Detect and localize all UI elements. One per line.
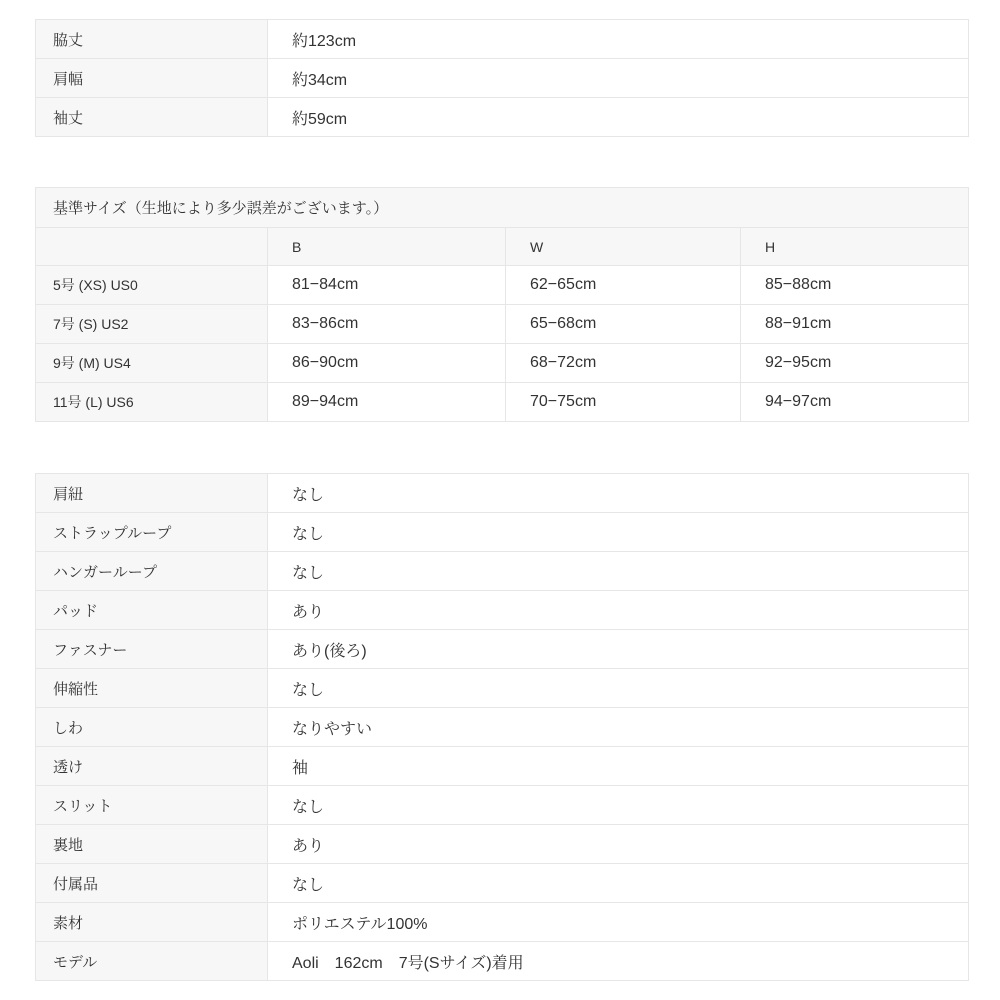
size-value-hip: 88−91cm [741,305,969,344]
row-label: ファスナー [36,630,268,669]
size-row: 7号 (S) US2 83−86cm 65−68cm 88−91cm [36,305,969,344]
row-value: ポリエステル100% [268,903,969,942]
row-value: Aoli 162cm 7号(Sサイズ)着用 [268,942,969,981]
row-label: スリット [36,786,268,825]
size-table-header-row: B W H [36,228,969,266]
row-value: 袖 [268,747,969,786]
row-label: 裏地 [36,825,268,864]
table-row: 付属品 なし [36,864,969,903]
size-table: 基準サイズ（生地により多少誤差がございます。） B W H 5号 (XS) US… [35,187,969,422]
row-label: 付属品 [36,864,268,903]
row-value: なし [268,552,969,591]
column-header-blank [36,228,268,266]
size-value-hip: 94−97cm [741,383,969,422]
size-value-hip: 85−88cm [741,266,969,305]
row-label: 素材 [36,903,268,942]
column-header-hip: H [741,228,969,266]
size-row-label: 7号 (S) US2 [36,305,268,344]
table-row: 素材 ポリエステル100% [36,903,969,942]
row-value: あり [268,825,969,864]
size-row: 5号 (XS) US0 81−84cm 62−65cm 85−88cm [36,266,969,305]
row-value: 約123cm [268,20,969,59]
row-value: なし [268,474,969,513]
row-label: ハンガーループ [36,552,268,591]
size-value-waist: 62−65cm [506,266,741,305]
column-header-bust: B [268,228,506,266]
row-label: 伸縮性 [36,669,268,708]
row-value: なし [268,864,969,903]
row-value: 約59cm [268,98,969,137]
table-row: ファスナー あり(後ろ) [36,630,969,669]
table-row: ストラップループ なし [36,513,969,552]
table-row: スリット なし [36,786,969,825]
detail-table: 肩紐 なし ストラップループ なし ハンガーループ なし パッド あり ファスナ… [35,473,969,981]
table-row: パッド あり [36,591,969,630]
row-label: ストラップループ [36,513,268,552]
table-row: 肩幅 約34cm [36,59,969,98]
size-row-label: 5号 (XS) US0 [36,266,268,305]
size-value-waist: 70−75cm [506,383,741,422]
row-value: なし [268,786,969,825]
row-value: 約34cm [268,59,969,98]
row-value: なりやすい [268,708,969,747]
row-value: あり(後ろ) [268,630,969,669]
row-value: あり [268,591,969,630]
table-row: 袖丈 約59cm [36,98,969,137]
size-value-hip: 92−95cm [741,344,969,383]
table-row: 裏地 あり [36,825,969,864]
size-table-title: 基準サイズ（生地により多少誤差がございます。） [36,188,969,228]
row-label: 透け [36,747,268,786]
size-row: 9号 (M) US4 86−90cm 68−72cm 92−95cm [36,344,969,383]
row-label: モデル [36,942,268,981]
size-row-label: 11号 (L) US6 [36,383,268,422]
table-row: 透け 袖 [36,747,969,786]
row-label: しわ [36,708,268,747]
row-value: なし [268,513,969,552]
size-value-waist: 68−72cm [506,344,741,383]
size-row: 11号 (L) US6 89−94cm 70−75cm 94−97cm [36,383,969,422]
size-table-title-row: 基準サイズ（生地により多少誤差がございます。） [36,188,969,228]
row-label: パッド [36,591,268,630]
table-row: モデル Aoli 162cm 7号(Sサイズ)着用 [36,942,969,981]
row-label: 脇丈 [36,20,268,59]
column-header-waist: W [506,228,741,266]
row-label: 肩幅 [36,59,268,98]
row-label: 肩紐 [36,474,268,513]
table-row: 伸縮性 なし [36,669,969,708]
table-row: 肩紐 なし [36,474,969,513]
size-row-label: 9号 (M) US4 [36,344,268,383]
table-row: ハンガーループ なし [36,552,969,591]
measurement-table: 脇丈 約123cm 肩幅 約34cm 袖丈 約59cm [35,19,969,137]
table-row: しわ なりやすい [36,708,969,747]
row-label: 袖丈 [36,98,268,137]
size-value-bust: 83−86cm [268,305,506,344]
table-row: 脇丈 約123cm [36,20,969,59]
size-value-bust: 86−90cm [268,344,506,383]
size-value-waist: 65−68cm [506,305,741,344]
size-value-bust: 81−84cm [268,266,506,305]
product-spec-section: 脇丈 約123cm 肩幅 約34cm 袖丈 約59cm 基準サイズ（生地により多… [35,19,968,981]
row-value: なし [268,669,969,708]
size-value-bust: 89−94cm [268,383,506,422]
